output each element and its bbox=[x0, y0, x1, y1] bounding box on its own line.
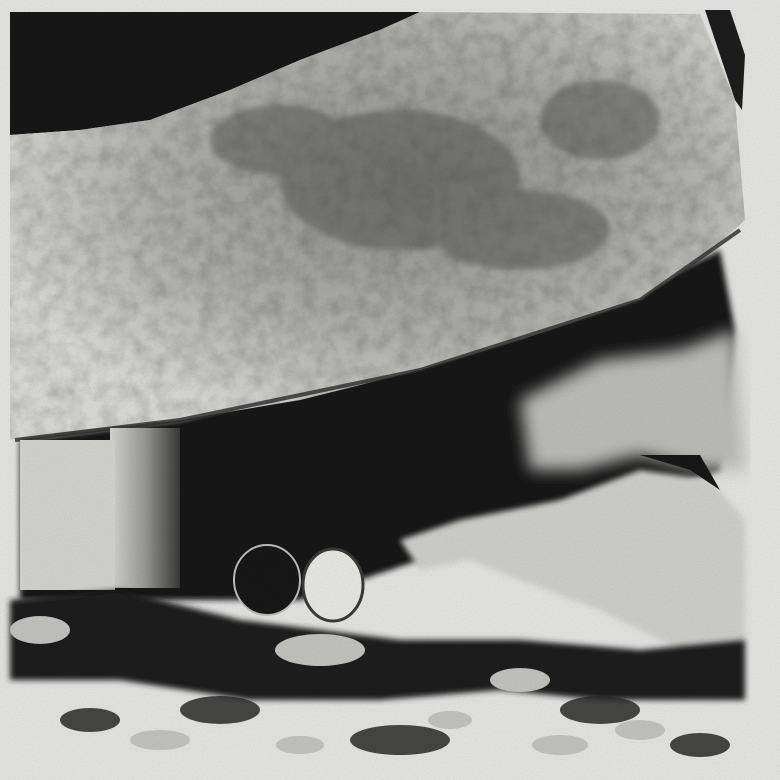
round-object-left bbox=[234, 545, 300, 615]
wooden-post bbox=[110, 428, 180, 588]
photo-scene bbox=[0, 0, 780, 780]
right-margin bbox=[750, 0, 780, 780]
light-wall-left bbox=[20, 440, 115, 590]
photograph bbox=[0, 0, 780, 780]
round-object-right bbox=[303, 549, 363, 621]
bottom-margin bbox=[0, 765, 780, 780]
